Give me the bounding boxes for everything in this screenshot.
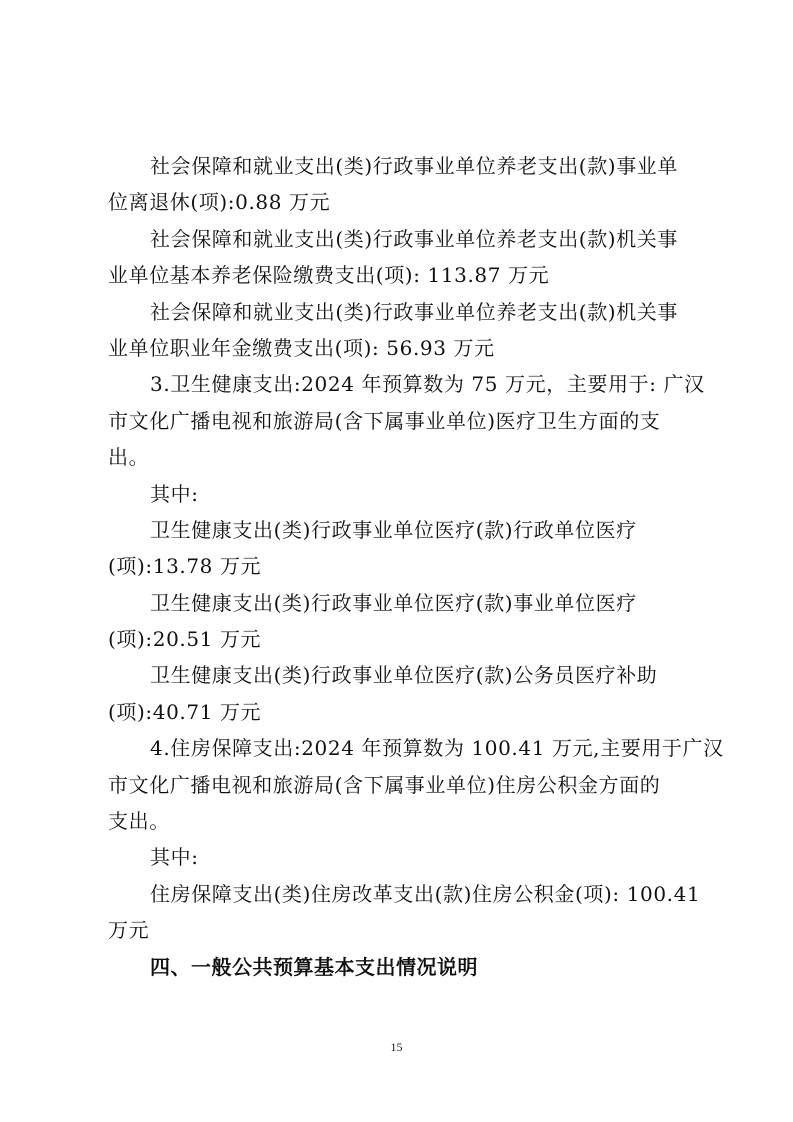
paragraph-occupational-annuity: 社会保障和就业支出(类)行政事业单位养老支出(款)机关事 业单位职业年金缴费支出… <box>108 294 698 367</box>
text-line: 业单位职业年金缴费支出(项): 56.93 万元 <box>108 330 698 366</box>
text-line: 位离退休(项):0.88 万元 <box>108 184 698 220</box>
paragraph-retirement: 社会保障和就业支出(类)行政事业单位养老支出(款)事业单 位离退休(项):0.8… <box>108 148 698 221</box>
paragraph-housing-fund: 住房保障支出(类)住房改革支出(款)住房公积金(项): 100.41 万元 <box>108 876 698 949</box>
section-heading: 四、一般公共预算基本支出情况说明 <box>108 949 698 985</box>
text-line: 出。 <box>108 439 698 475</box>
paragraph-housing-expenditure: 4.住房保障支出:2024 年预算数为 100.41 万元,主要用于广汉 市文化… <box>108 730 698 839</box>
text-line: 市文化广播电视和旅游局(含下属事业单位)医疗卫生方面的支 <box>108 403 698 439</box>
text-line: 卫生健康支出(类)行政事业单位医疗(款)事业单位医疗 <box>108 585 698 621</box>
text-line: 社会保障和就业支出(类)行政事业单位养老支出(款)机关事 <box>108 294 698 330</box>
text-line: (项):20.51 万元 <box>108 621 698 657</box>
paragraph-admin-medical: 卫生健康支出(类)行政事业单位医疗(款)行政单位医疗 (项):13.78 万元 <box>108 512 698 585</box>
text-line: (项):13.78 万元 <box>108 548 698 584</box>
text-line: 卫生健康支出(类)行政事业单位医疗(款)公务员医疗补助 <box>108 657 698 693</box>
text-line: 万元 <box>108 912 698 948</box>
text-line: 支出。 <box>108 803 698 839</box>
text-line: 住房保障支出(类)住房改革支出(款)住房公积金(项): 100.41 <box>108 876 698 912</box>
paragraph-among-health: 其中: <box>108 476 698 512</box>
document-page: 社会保障和就业支出(类)行政事业单位养老支出(款)事业单 位离退休(项):0.8… <box>108 148 698 985</box>
text-line: 其中: <box>108 476 698 512</box>
paragraph-basic-pension: 社会保障和就业支出(类)行政事业单位养老支出(款)机关事 业单位基本养老保险缴费… <box>108 221 698 294</box>
paragraph-civil-servant-medical: 卫生健康支出(类)行政事业单位医疗(款)公务员医疗补助 (项):40.71 万元 <box>108 657 698 730</box>
text-line: 3.卫生健康支出:2024 年预算数为 75 万元，主要用于: 广汉 <box>108 366 698 402</box>
paragraph-health-expenditure: 3.卫生健康支出:2024 年预算数为 75 万元，主要用于: 广汉 市文化广播… <box>108 366 698 475</box>
text-line: 卫生健康支出(类)行政事业单位医疗(款)行政单位医疗 <box>108 512 698 548</box>
text-line: 4.住房保障支出:2024 年预算数为 100.41 万元,主要用于广汉 <box>108 730 698 766</box>
text-line: 社会保障和就业支出(类)行政事业单位养老支出(款)事业单 <box>108 148 698 184</box>
text-line: 社会保障和就业支出(类)行政事业单位养老支出(款)机关事 <box>108 221 698 257</box>
text-line: (项):40.71 万元 <box>108 694 698 730</box>
text-line: 其中: <box>108 839 698 875</box>
paragraph-institution-medical: 卫生健康支出(类)行政事业单位医疗(款)事业单位医疗 (项):20.51 万元 <box>108 585 698 658</box>
page-number: 15 <box>0 1040 793 1055</box>
text-line: 市文化广播电视和旅游局(含下属事业单位)住房公积金方面的 <box>108 767 698 803</box>
paragraph-among-housing: 其中: <box>108 839 698 875</box>
text-line: 业单位基本养老保险缴费支出(项): 113.87 万元 <box>108 257 698 293</box>
